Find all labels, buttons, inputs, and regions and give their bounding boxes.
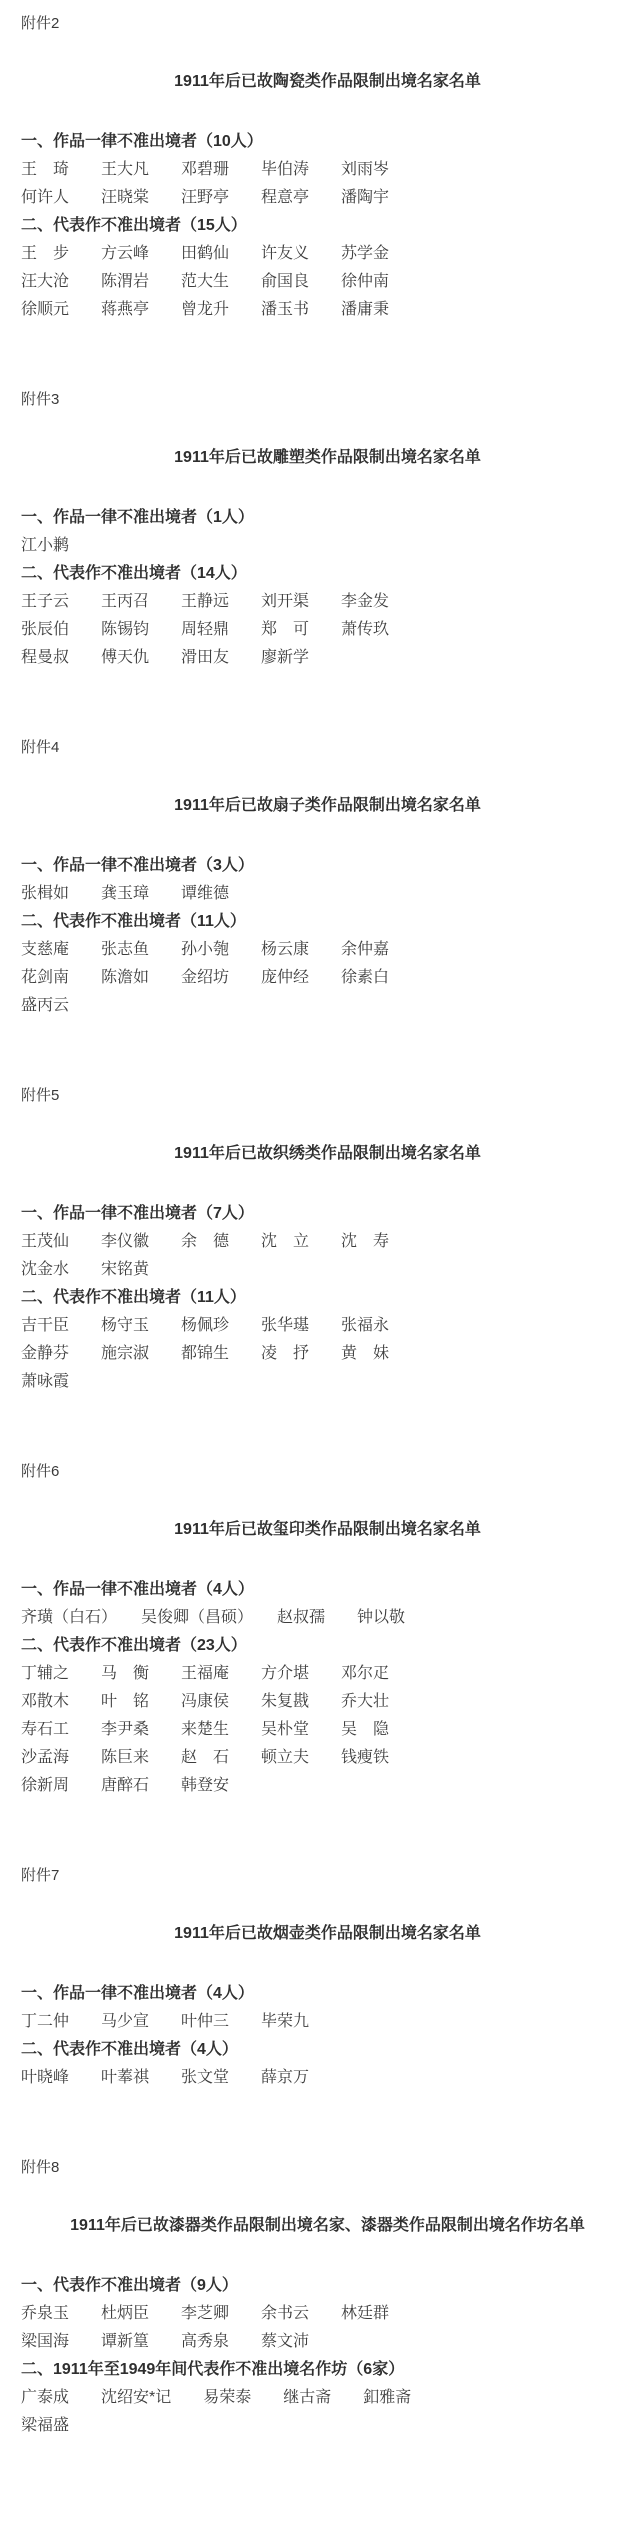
attachment-title: 1911年后已故玺印类作品限制出境名家名单 [21, 1516, 634, 1544]
name-row: 萧咏霞 [21, 1368, 634, 1396]
attachment-label: 附件2 [21, 10, 634, 38]
name-row: 张辰伯 陈锡钧 周轻鼎 郑 可 萧传玖 [21, 616, 634, 644]
name-row: 何许人 汪晓棠 汪野亭 程意亭 潘陶宇 [21, 184, 634, 212]
attachment-title: 1911年后已故烟壶类作品限制出境名家名单 [21, 1920, 634, 1948]
name-row: 齐璜（白石） 吴俊卿（昌硕） 赵叔孺 钟以敬 [21, 1604, 634, 1632]
attachment-label: 附件4 [21, 734, 634, 762]
name-group: 二、代表作不准出境者（4人）叶晓峰 叶菶祺 张文堂 薛京万 [21, 2036, 634, 2092]
name-group: 二、代表作不准出境者（11人）支慈庵 张志鱼 孙小匏 杨云康 余仲嘉花剑南 陈澹… [21, 908, 634, 1020]
attachment-title: 1911年后已故扇子类作品限制出境名家名单 [21, 792, 634, 820]
name-row: 寿石工 李尹桑 来楚生 吴朴堂 吴 隐 [21, 1716, 634, 1744]
attachment-section: 附件61911年后已故玺印类作品限制出境名家名单一、作品一律不准出境者（4人）齐… [21, 1458, 634, 1800]
name-group: 二、1911年至1949年间代表作不准出境名作坊（6家）广泰成 沈绍安*记 易荣… [21, 2356, 634, 2440]
document: 附件21911年后已故陶瓷类作品限制出境名家名单一、作品一律不准出境者（10人）… [0, 0, 640, 2470]
attachment-title: 1911年后已故漆器类作品限制出境名家、漆器类作品限制出境名作坊名单 [21, 2212, 634, 2240]
name-row: 江小鹣 [21, 532, 634, 560]
attachment-label: 附件3 [21, 386, 634, 414]
name-row: 金静芬 施宗淑 都锦生 凌 抒 黄 妹 [21, 1340, 634, 1368]
group-heading: 二、代表作不准出境者（14人） [21, 560, 634, 588]
name-row: 王子云 王丙召 王静远 刘开渠 李金发 [21, 588, 634, 616]
group-heading: 二、代表作不准出境者（15人） [21, 212, 634, 240]
group-heading: 二、1911年至1949年间代表作不准出境名作坊（6家） [21, 2356, 634, 2384]
attachment-section: 附件51911年后已故织绣类作品限制出境名家名单一、作品一律不准出境者（7人）王… [21, 1082, 634, 1396]
attachment-label: 附件8 [21, 2154, 634, 2182]
name-group: 一、作品一律不准出境者（1人）江小鹣 [21, 504, 634, 560]
group-heading: 二、代表作不准出境者（23人） [21, 1632, 634, 1660]
name-row: 沙孟海 陈巨来 赵 石 顿立夫 钱瘦铁 [21, 1744, 634, 1772]
attachment-title: 1911年后已故陶瓷类作品限制出境名家名单 [21, 68, 634, 96]
name-row: 盛丙云 [21, 992, 634, 1020]
name-row: 丁二仲 马少宣 叶仲三 毕荣九 [21, 2008, 634, 2036]
group-heading: 一、作品一律不准出境者（7人） [21, 1200, 634, 1228]
name-group: 一、作品一律不准出境者（4人）丁二仲 马少宣 叶仲三 毕荣九 [21, 1980, 634, 2036]
name-group: 一、作品一律不准出境者（3人）张楫如 龚玉璋 谭维德 [21, 852, 634, 908]
name-row: 徐顺元 蒋燕亭 曾龙升 潘玉书 潘庸秉 [21, 296, 634, 324]
name-row: 王 步 方云峰 田鹤仙 许友义 苏学金 [21, 240, 634, 268]
name-row: 张楫如 龚玉璋 谭维德 [21, 880, 634, 908]
group-heading: 二、代表作不准出境者（11人） [21, 1284, 634, 1312]
name-row: 沈金水 宋铭黄 [21, 1256, 634, 1284]
attachment-title: 1911年后已故织绣类作品限制出境名家名单 [21, 1140, 634, 1168]
name-group: 一、作品一律不准出境者（4人）齐璜（白石） 吴俊卿（昌硕） 赵叔孺 钟以敬 [21, 1576, 634, 1632]
group-heading: 二、代表作不准出境者（4人） [21, 2036, 634, 2064]
name-row: 广泰成 沈绍安*记 易荣泰 继古斋 釦雅斋 [21, 2384, 634, 2412]
attachment-label: 附件7 [21, 1862, 634, 1890]
name-row: 梁福盛 [21, 2412, 634, 2440]
name-row: 乔泉玉 杜炳臣 李芝卿 余书云 林廷群 [21, 2300, 634, 2328]
group-heading: 一、代表作不准出境者（9人） [21, 2272, 634, 2300]
name-row: 叶晓峰 叶菶祺 张文堂 薛京万 [21, 2064, 634, 2092]
name-group: 二、代表作不准出境者（11人）吉干臣 杨守玉 杨佩珍 张华璂 张福永金静芬 施宗… [21, 1284, 634, 1396]
group-heading: 一、作品一律不准出境者（10人） [21, 128, 634, 156]
attachment-label: 附件6 [21, 1458, 634, 1486]
attachment-label: 附件5 [21, 1082, 634, 1110]
name-row: 支慈庵 张志鱼 孙小匏 杨云康 余仲嘉 [21, 936, 634, 964]
name-row: 王茂仙 李仪徽 余 德 沈 立 沈 寿 [21, 1228, 634, 1256]
group-heading: 一、作品一律不准出境者（1人） [21, 504, 634, 532]
name-group: 一、代表作不准出境者（9人）乔泉玉 杜炳臣 李芝卿 余书云 林廷群梁国海 谭新篁… [21, 2272, 634, 2356]
attachment-section: 附件21911年后已故陶瓷类作品限制出境名家名单一、作品一律不准出境者（10人）… [21, 10, 634, 324]
attachment-title: 1911年后已故雕塑类作品限制出境名家名单 [21, 444, 634, 472]
name-group: 一、作品一律不准出境者（7人）王茂仙 李仪徽 余 德 沈 立 沈 寿沈金水 宋铭… [21, 1200, 634, 1284]
name-row: 程曼叔 傅天仇 滑田友 廖新学 [21, 644, 634, 672]
name-row: 汪大沧 陈渭岩 范大生 俞国良 徐仲南 [21, 268, 634, 296]
name-row: 王 琦 王大凡 邓碧珊 毕伯涛 刘雨岑 [21, 156, 634, 184]
name-group: 二、代表作不准出境者（23人）丁辅之 马 衡 王福庵 方介堪 邓尔疋邓散木 叶 … [21, 1632, 634, 1800]
name-row: 徐新周 唐醉石 韩登安 [21, 1772, 634, 1800]
name-row: 梁国海 谭新篁 高秀泉 蔡文沛 [21, 2328, 634, 2356]
group-heading: 一、作品一律不准出境者（4人） [21, 1980, 634, 2008]
name-row: 邓散木 叶 铭 冯康侯 朱复戡 乔大壮 [21, 1688, 634, 1716]
attachment-section: 附件81911年后已故漆器类作品限制出境名家、漆器类作品限制出境名作坊名单一、代… [21, 2154, 634, 2440]
group-heading: 一、作品一律不准出境者（3人） [21, 852, 634, 880]
name-group: 一、作品一律不准出境者（10人）王 琦 王大凡 邓碧珊 毕伯涛 刘雨岑何许人 汪… [21, 128, 634, 212]
attachment-section: 附件31911年后已故雕塑类作品限制出境名家名单一、作品一律不准出境者（1人）江… [21, 386, 634, 672]
name-group: 二、代表作不准出境者（14人）王子云 王丙召 王静远 刘开渠 李金发张辰伯 陈锡… [21, 560, 634, 672]
group-heading: 一、作品一律不准出境者（4人） [21, 1576, 634, 1604]
attachment-section: 附件71911年后已故烟壶类作品限制出境名家名单一、作品一律不准出境者（4人）丁… [21, 1862, 634, 2092]
name-group: 二、代表作不准出境者（15人）王 步 方云峰 田鹤仙 许友义 苏学金汪大沧 陈渭… [21, 212, 634, 324]
name-row: 吉干臣 杨守玉 杨佩珍 张华璂 张福永 [21, 1312, 634, 1340]
group-heading: 二、代表作不准出境者（11人） [21, 908, 634, 936]
name-row: 丁辅之 马 衡 王福庵 方介堪 邓尔疋 [21, 1660, 634, 1688]
name-row: 花剑南 陈澹如 金绍坊 庞仲经 徐素白 [21, 964, 634, 992]
attachment-section: 附件41911年后已故扇子类作品限制出境名家名单一、作品一律不准出境者（3人）张… [21, 734, 634, 1020]
